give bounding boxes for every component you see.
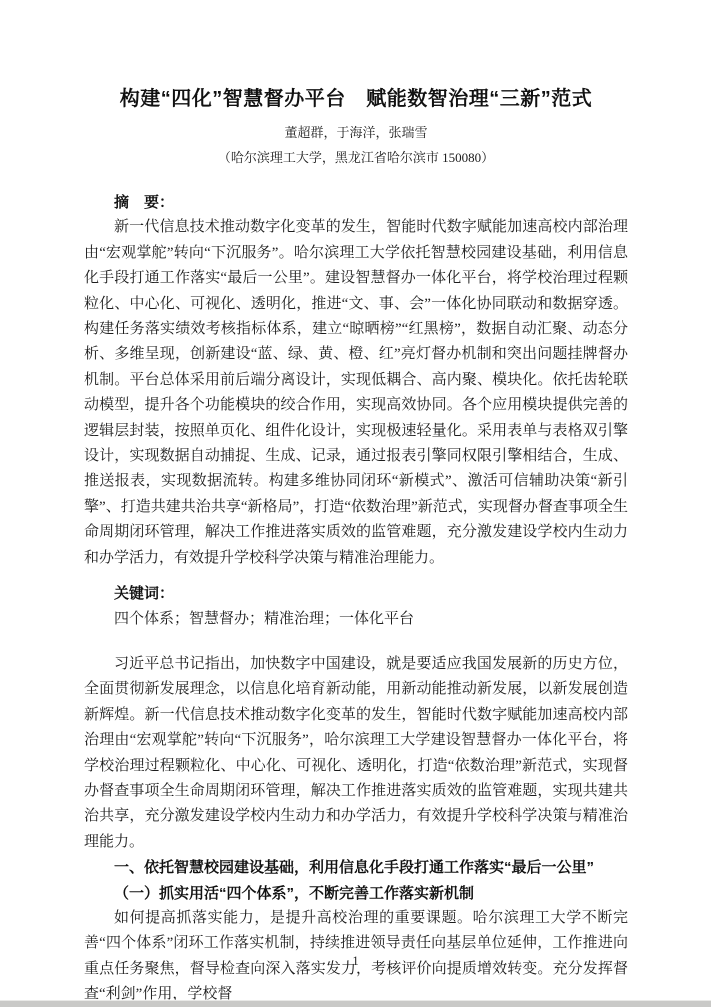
subsection-1-1-heading: （一）抓实用活“四个体系”，不断完善工作落实新机制 (84, 881, 628, 906)
abstract-label: 摘 要： (84, 190, 628, 215)
authors-line: 董超群，于海洋，张瑞雪 (84, 124, 628, 141)
abstract-text: 新一代信息技术推动数字化变革的发生，智能时代数字赋能加速高校内部治理由“宏观掌舵… (84, 215, 628, 571)
affiliation-line: （哈尔滨理工大学，黑龙江省哈尔滨市 150080） (84, 149, 628, 166)
page-bottom-edge (0, 1000, 711, 1007)
page-number: 1 (0, 954, 711, 969)
intro-paragraph: 习近平总书记指出，加快数字中国建设，就是要适应我国发展新的历史方位，全面贯彻新发… (84, 652, 628, 855)
paper-content: 构建“四化”智慧督办平台 赋能数智治理“三新”范式 董超群，于海洋，张瑞雪 （哈… (84, 86, 628, 1007)
paper-title: 构建“四化”智慧督办平台 赋能数智治理“三新”范式 (84, 86, 628, 112)
paper-page: 构建“四化”智慧督办平台 赋能数智治理“三新”范式 董超群，于海洋，张瑞雪 （哈… (0, 0, 711, 1007)
keywords-label: 关键词： (84, 581, 628, 606)
keywords-text: 四个体系；智慧督办；精准治理；一体化平台 (84, 607, 628, 632)
section-1-heading: 一、依托智慧校园建设基础，利用信息化手段打通工作落实“最后一公里” (84, 855, 628, 880)
